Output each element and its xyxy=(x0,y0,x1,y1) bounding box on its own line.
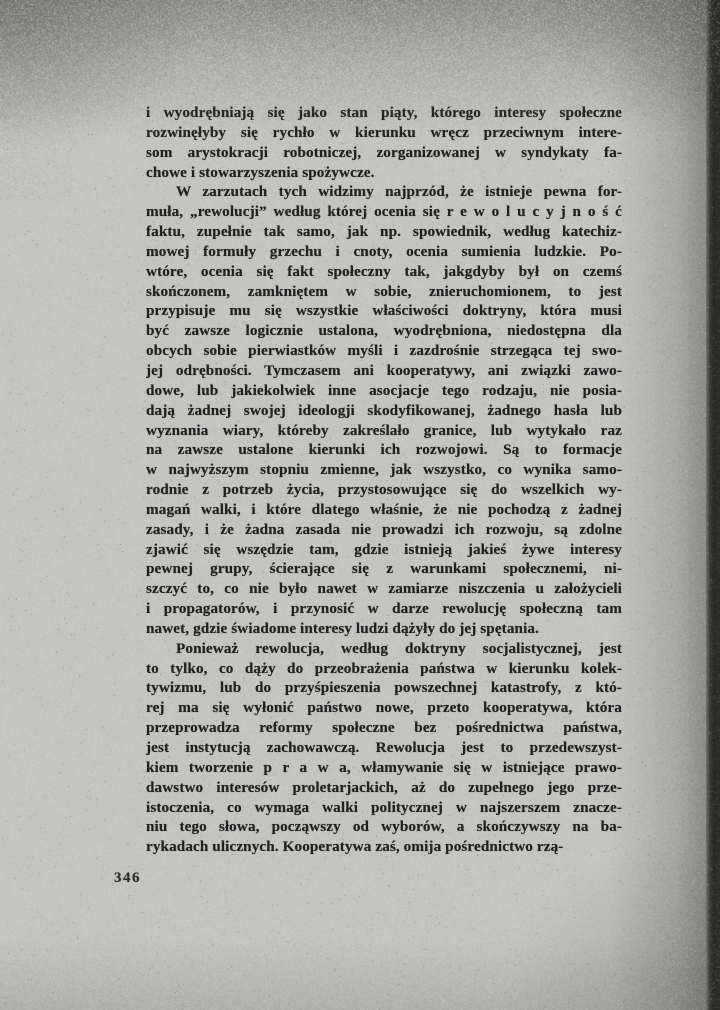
text-line: rodnie z potrzeb życia, przystosowujące … xyxy=(146,480,622,500)
text-line: som arystokracji robotniczej, zorganizow… xyxy=(146,143,622,163)
text-line: pewnej grupy, ścierające się z warunkami… xyxy=(146,559,622,579)
text-line: dają żadnej swojej ideologji skodyfikowa… xyxy=(146,401,622,421)
text-line: rej ma się wyłonić państwo nowe, przeto … xyxy=(146,698,622,718)
scanned-book-page: i wyodrębniają się jako stan piąty, któr… xyxy=(0,0,720,1010)
text-line: i propagatorów, i przynosić w darze rewo… xyxy=(146,599,622,619)
text-line: nawet, gdzie świadome interesy ludzi dąż… xyxy=(146,619,622,639)
text-line: Ponieważ rewolucja, według doktryny socj… xyxy=(146,639,622,659)
text-line: W zarzutach tych widzimy najprzód, że is… xyxy=(146,182,622,202)
text-line: muła, „rewolucji” według której ocenia s… xyxy=(146,202,622,222)
text-line: faktu, zupełnie tak samo, jak np. spowie… xyxy=(146,222,622,242)
text-line: mowej formuły grzechu i cnoty, ocenia su… xyxy=(146,242,622,262)
text-line: w najwyższym stopniu zmienne, jak wszyst… xyxy=(146,460,622,480)
paragraph: i wyodrębniają się jako stan piąty, któr… xyxy=(146,103,622,182)
text-line: chowe i stowarzyszenia spożywcze. xyxy=(146,163,622,183)
text-line: wtóre, ocenia się fakt społeczny tak, ja… xyxy=(146,262,622,282)
text-line: i wyodrębniają się jako stan piąty, któr… xyxy=(146,103,622,123)
text-line: być zawsze logicznie ustalona, wyodrębni… xyxy=(146,321,622,341)
text-line: skończonem, zamkniętem w sobie, znieruch… xyxy=(146,282,622,302)
text-line: dowe, lub jakiekolwiek inne asocjacje te… xyxy=(146,381,622,401)
text-line: to tylko, co dąży do przeobrażenia państ… xyxy=(146,659,622,679)
text-line: rozwinęłyby się rychło w kierunku wręcz … xyxy=(146,123,622,143)
text-line: magań walki, i które dlatego właśnie, że… xyxy=(146,500,622,520)
paragraph: W zarzutach tych widzimy najprzód, że is… xyxy=(146,182,622,638)
text-line: obcych sobie pierwiastków myśli i zazdro… xyxy=(146,341,622,361)
text-line: przypisuje mu się wszystkie właściwości … xyxy=(146,301,622,321)
text-line: niu tego słowa, począwszy od wyborów, a … xyxy=(146,817,622,837)
text-line: przeprowadza reformy społeczne bez pośre… xyxy=(146,718,622,738)
text-line: szczyć to, co nie było nawet w zamiarze … xyxy=(146,579,622,599)
text-line: zjawić się wszędzie tam, gdzie istnieją … xyxy=(146,540,622,560)
text-line: jej odrębności. Tymczasem ani kooperatyw… xyxy=(146,361,622,381)
text-line: wyznania wiary, któreby zakreślało grani… xyxy=(146,421,622,441)
page-number: 346 xyxy=(114,870,141,887)
text-line: istoczenia, co wymaga walki politycznej … xyxy=(146,798,622,818)
text-block: i wyodrębniają się jako stan piąty, któr… xyxy=(146,103,622,857)
text-line: kiem tworzenie p r a w a, włamywanie się… xyxy=(146,758,622,778)
text-line: jest instytucją zachowawczą. Rewolucja j… xyxy=(146,738,622,758)
text-line: dawstwo interesów proletarjackich, aż do… xyxy=(146,778,622,798)
paragraph: Ponieważ rewolucja, według doktryny socj… xyxy=(146,639,622,857)
text-line: tywizmu, lub do przyśpieszenia powszechn… xyxy=(146,678,622,698)
book-edge-strip xyxy=(706,0,720,1010)
text-line: rykadach ulicznych. Kooperatywa zaś, omi… xyxy=(146,837,622,857)
text-line: zasady, i że żadna zasada nie prowadzi i… xyxy=(146,520,622,540)
text-line: na zawsze ustalone kierunki ich rozwojow… xyxy=(146,440,622,460)
